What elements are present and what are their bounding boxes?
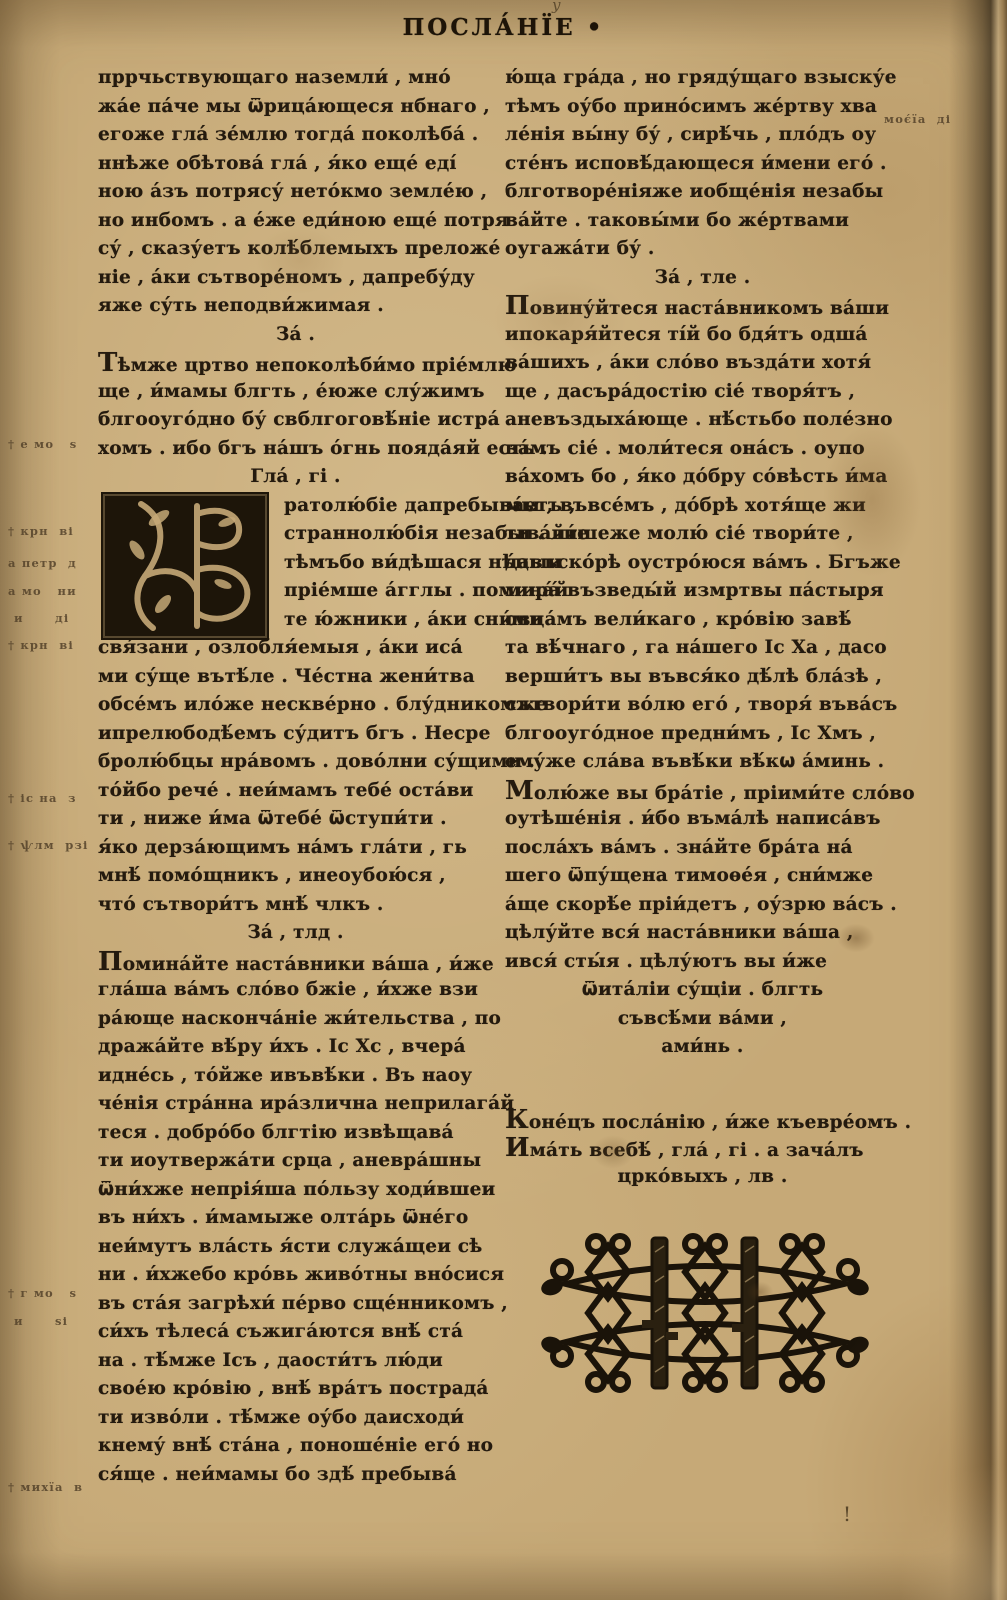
text-line: црко́выхъ , лв . bbox=[505, 1163, 900, 1192]
text-line: идне́сь , то́йже ивъвѣ́ки . Въ наоу bbox=[98, 1062, 493, 1091]
handwritten-mark: ӱ bbox=[552, 0, 561, 14]
text-line: давъско́рѣ оустро́юся ва́мъ . Бгъже bbox=[505, 549, 900, 578]
margin-note: а петр д bbox=[8, 556, 77, 570]
text-line: верши́тъ вы въвся́ко дѣ́лѣ бла́зѣ , bbox=[505, 663, 900, 692]
text-line: кнему́ внѣ́ ста́на , поноше́ніе его́ но bbox=[98, 1432, 493, 1461]
text-line: блгооуго́дно бу́ свблгоговѣ́ніе истра́ bbox=[98, 406, 493, 435]
margin-note: † крн ві bbox=[8, 638, 74, 652]
text-line: ра́юще насконча́ніе жи́тельства , по bbox=[98, 1005, 493, 1034]
text-line: яже су́ть неподви́жимая . bbox=[98, 292, 493, 321]
text-line: За́ , тлд . bbox=[98, 919, 493, 948]
text-line: оугажа́ти бу́ . bbox=[505, 235, 900, 264]
text-line: ти иоутвержа́ти срца , аневра́шны bbox=[98, 1147, 493, 1176]
text-line: ніе , а́ки сътворе́номъ , дапребу́ду bbox=[98, 264, 493, 293]
text-line: дража́йте вѣ́ру и́хъ . Іс Хс , вчера́ bbox=[98, 1033, 493, 1062]
text-line: жа́е па́че мы ѿрица́ющеся нбнаго , bbox=[98, 93, 493, 122]
text-line: су́ , сказу́етъ колѣ́блемыхъ преложе́ bbox=[98, 235, 493, 264]
margin-note: и ді bbox=[14, 611, 69, 625]
margin-note: † г мо ѕ bbox=[8, 1286, 77, 1300]
text-line: ѿни́хже непрія́ша по́льзу ходи́вшеи bbox=[98, 1176, 493, 1205]
signature-mark: ! bbox=[843, 1502, 851, 1526]
text-line: ти . ли́шеже молю́ сіе́ твори́те , bbox=[505, 520, 900, 549]
text-line: си́хъ тѣлеса́ съжига́ются внѣ́ ста́ bbox=[98, 1318, 493, 1347]
margin-note: † крн ві bbox=[8, 524, 74, 538]
text-line: въ ста́я загрѣхи́ пе́рво сще́нникомъ , bbox=[98, 1290, 493, 1319]
text-line: ва́йте . таковы́ми бо же́ртвами bbox=[505, 207, 900, 236]
text-line: съвсѣ́ми ва́ми , bbox=[505, 1005, 900, 1034]
text-line: За́ . bbox=[98, 321, 493, 350]
text-line: ннѣже обѣтова́ гла́ , я́ко еще́ еді́ bbox=[98, 150, 493, 179]
text-line: пррчьствующаго наземли́ , мно́ bbox=[98, 64, 493, 93]
text-line: та вѣ́чнаго , га на́шего Іс Ха , дасо bbox=[505, 634, 900, 663]
text-line: тѣмъ оу́бо прино́симъ же́ртву хва bbox=[505, 93, 900, 122]
margin-note: † е мо ѕ bbox=[8, 437, 77, 451]
text-line: Молю́же вы бра́тіе , пріими́те сло́во bbox=[505, 777, 900, 806]
text-line: блгооуго́дное предни́мъ , Іс Хмъ , bbox=[505, 720, 900, 749]
tailpiece-knotwork-icon bbox=[540, 1232, 870, 1394]
text-line: ни . и́хжебо кро́вь живо́тны вно́сися bbox=[98, 1261, 493, 1290]
margin-note: а мо ни bbox=[8, 584, 77, 598]
text-line: цѣлу́йте вся́ наста́вники ва́ша , bbox=[505, 919, 900, 948]
text-line: егоже гла́ зе́млю тогда́ поколѣба́ . bbox=[98, 121, 493, 150]
text-line: въ ни́хъ . и́мамыже олта́рь ѿне́го bbox=[98, 1204, 493, 1233]
text-line: че́нія стра́нна ира́злична неприлага́й bbox=[98, 1090, 493, 1119]
text-line: сътвори́ти во́лю его́ , творя́ въва́съ bbox=[505, 691, 900, 720]
text-line: ною а́зъ потрясу́ нето́кмо земле́ю , bbox=[98, 178, 493, 207]
text-line: Коне́цъ посла́нію , и́же къевре́омъ . bbox=[505, 1106, 900, 1135]
text-line: ипрелюбодѣ́емъ су́дитъ бгъ . Несре bbox=[98, 720, 493, 749]
text-line: неи́мутъ вла́сть я́сти служа́щеи сѣ bbox=[98, 1233, 493, 1262]
text-line: ами́нь . bbox=[505, 1033, 900, 1062]
text-line: Повину́йтеся наста́вникомъ ва́ши bbox=[505, 292, 900, 321]
text-line: ва́шихъ , а́ки сло́во възда́ти хотя́ bbox=[505, 349, 900, 378]
text-line: мы , въвсе́мъ , до́брѣ хотя́ще жи bbox=[505, 492, 900, 521]
margin-note: моє́їа ді bbox=[884, 112, 951, 126]
margin-note: † іс на з bbox=[8, 791, 77, 805]
text-line: я́ко дерза́ющимъ на́мъ гла́ти , гь bbox=[98, 834, 493, 863]
text-line: аневъздыха́юще . нѣ́стьбо поле́зно bbox=[505, 406, 900, 435]
page-title: ПОСЛА́НЇЕ • bbox=[0, 14, 1007, 41]
text-line: бролю́бцы нра́вомъ . дово́лни су́щими . bbox=[98, 748, 493, 777]
text-line: оутѣше́нія . и́бо въма́лѣ написа́въ bbox=[505, 805, 900, 834]
text-line: ився́ сты́я . цѣлу́ютъ вы и́же bbox=[505, 948, 900, 977]
margin-note: и ѕі bbox=[14, 1314, 68, 1328]
text-line: хомъ . ибо бгъ на́шъ о́гнь пояда́яй есть… bbox=[98, 435, 493, 464]
text-line: то́йбо рече́ . неи́мамъ тебе́ оста́ви bbox=[98, 777, 493, 806]
text-line: ми су́ще вътѣ́ле . Че́стна жени́тва bbox=[98, 663, 493, 692]
text-line: ва́мъ сіе́ . моли́теся она́съ . оупо bbox=[505, 435, 900, 464]
text-line: За́ , тле . bbox=[505, 264, 900, 293]
text-line: мира́ възведы́й измртвы па́стыря bbox=[505, 577, 900, 606]
text-line: шего ѿпу́щена тимоѳе́я , сни́мже bbox=[505, 862, 900, 891]
text-line: но инбомъ . а е́же еди́ною еще́ потря bbox=[98, 207, 493, 236]
text-line: Тѣмже цртво непоколѣби́мо пріе́млю bbox=[98, 349, 493, 378]
margin-note: † михїа в bbox=[8, 1480, 83, 1494]
text-line: ще , дасъра́достію сіе́ творя́тъ , bbox=[505, 378, 900, 407]
text-line: Помина́йте наста́вники ва́ша , и́же bbox=[98, 948, 493, 977]
text-line: теся . добро́бо блгтію извѣщава́ bbox=[98, 1119, 493, 1148]
text-line: блготворе́ніяже иобще́нія незабы bbox=[505, 178, 900, 207]
text-line: Има́ть всебѣ́ , гла́ , гі . а зача́лъ bbox=[505, 1134, 900, 1163]
text-line: ся́ще . неи́мамы бо здѣ́ пребыва́ bbox=[98, 1461, 493, 1490]
text-line: ему́же сла́ва въвѣ́ки вѣ́кѡ а́минь . bbox=[505, 748, 900, 777]
text-line: свое́ю кро́вію , внѣ́ вра́тъ пострада́ bbox=[98, 1375, 493, 1404]
decorated-initial-icon bbox=[101, 492, 269, 640]
right-text-column: ю́ща гра́да , но гряду́щаго взыску́етѣмъ… bbox=[505, 64, 900, 1191]
text-line: ю́ща гра́да , но гряду́щаго взыску́е bbox=[505, 64, 900, 93]
text-line: ѿита́ліи су́щіи . блгть bbox=[505, 976, 900, 1005]
left-text-column: пррчьствующаго наземли́ , мно́жа́е па́че… bbox=[98, 64, 493, 1489]
text-line: ва́хомъ бо , я́ко до́бру со́вѣсть и́ма bbox=[505, 463, 900, 492]
text-line: посла́хъ ва́мъ . зна́йте бра́та на́ bbox=[505, 834, 900, 863]
text-line: ле́нія вы́ну бу́ , сирѣ́чь , пло́дъ оу bbox=[505, 121, 900, 150]
text-line: Гла́ , гі . bbox=[98, 463, 493, 492]
text-line: сте́нъ исповѣ́дающеся и́мени его́ . bbox=[505, 150, 900, 179]
page-edge-shadow bbox=[949, 0, 1007, 1600]
text-line: обсе́мъ ило́же нескве́рно . блу́дникомже bbox=[98, 691, 493, 720]
text-line: гла́ша ва́мъ сло́во бжіе , и́хже взи bbox=[98, 976, 493, 1005]
text-line: овца́мъ вели́каго , кро́вію завѣ́ bbox=[505, 606, 900, 635]
text-line: что́ сътвори́тъ мнѣ́ члкъ . bbox=[98, 891, 493, 920]
text-line: ти , ниже и́ма ѿтебе́ ѿступи́ти . bbox=[98, 805, 493, 834]
margin-note: † ѱлм рзі bbox=[8, 838, 89, 852]
text-line: на . тѣ́мже Ісъ , даости́тъ лю́ди bbox=[98, 1347, 493, 1376]
text-line: мнѣ́ помо́щникъ , инеоубою́ся , bbox=[98, 862, 493, 891]
book-page: ПОСЛА́НЇЕ • ӱ пррчьствующаго наземли́ , … bbox=[0, 0, 1007, 1600]
text-line: а́ще скорѣ́е пріи́детъ , оу́зрю ва́съ . bbox=[505, 891, 900, 920]
text-line: ще , и́мамы блгть , е́юже слу́жимъ bbox=[98, 378, 493, 407]
text-line: ти изво́ли . тѣ́мже оу́бо даисходи́ bbox=[98, 1404, 493, 1433]
text-line: ипокаря́йтеся ті́й бо бдя́тъ одша́ bbox=[505, 321, 900, 350]
